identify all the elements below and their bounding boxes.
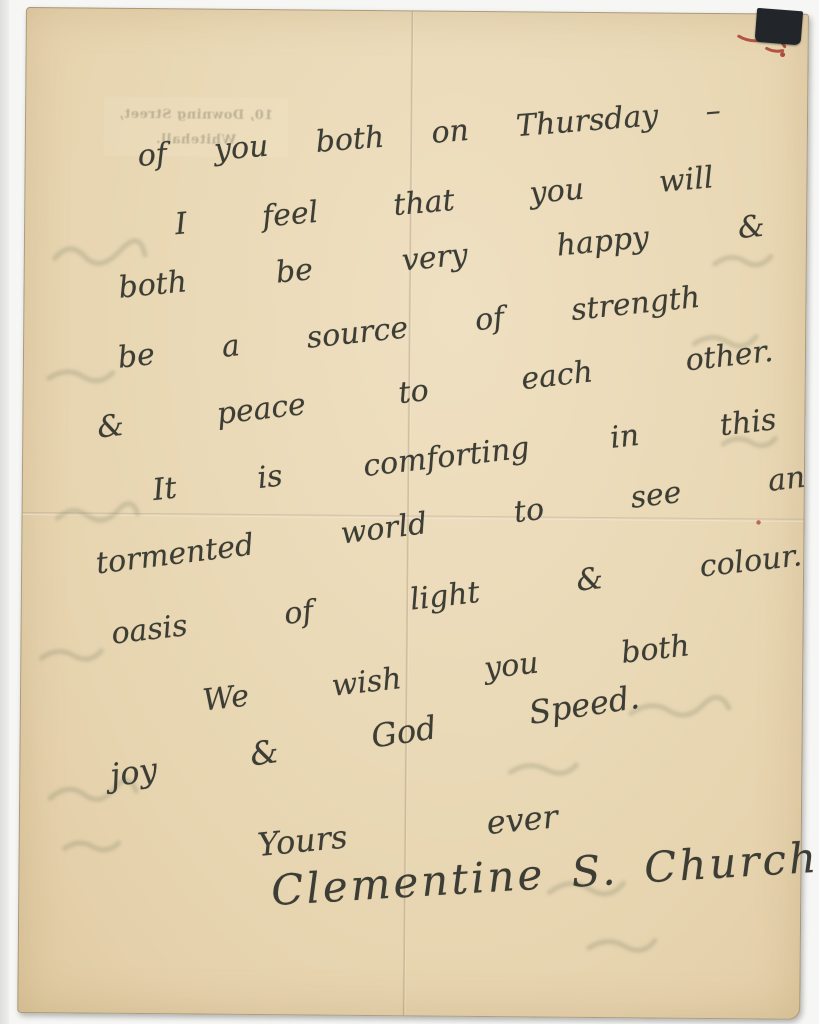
mount-tab	[755, 8, 804, 46]
scanner-edge	[0, 0, 9, 1024]
letterhead-line-1: 10, Downing Street,	[96, 103, 296, 129]
scanned-letter-page: { "letter": { "letterhead": ["10, Downin…	[0, 0, 819, 1024]
letter-paper: 10, Downing Street, Whitehall. of you bo…	[17, 7, 809, 1020]
